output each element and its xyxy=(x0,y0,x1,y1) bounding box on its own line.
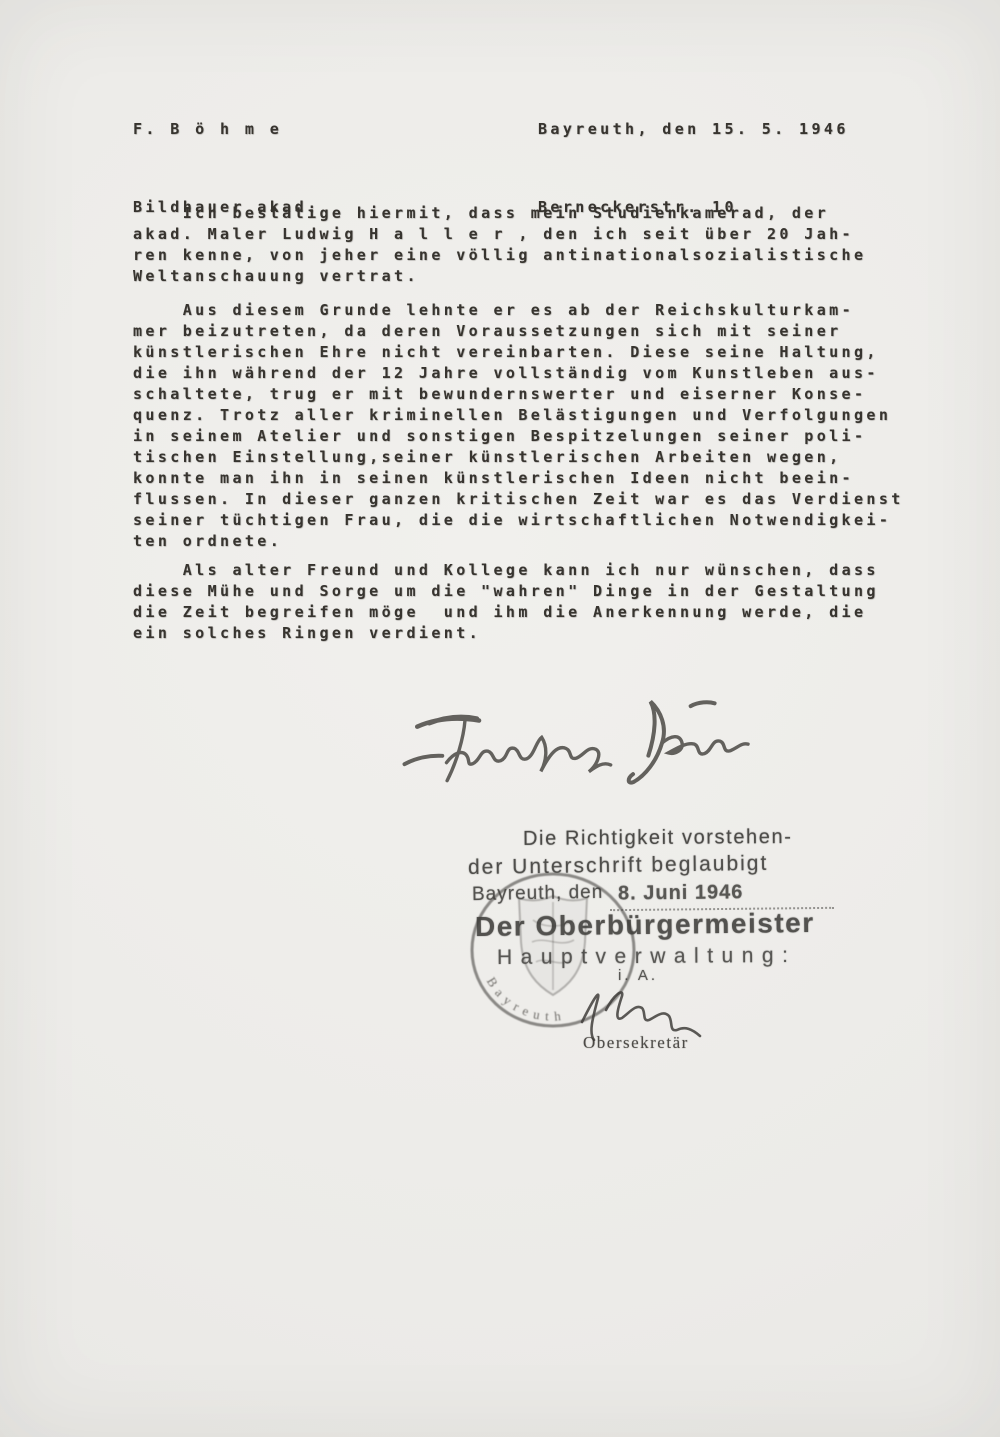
letter-document: F. B ö h m e Bildhauer akad. Bayreuth, d… xyxy=(0,0,1000,1437)
certification-place-prefix: Bayreuth, den xyxy=(472,882,604,906)
letter-paragraph-3: Als alter Freund und Kollege kann ich nu… xyxy=(133,560,933,644)
authority-title: Der Oberbürgermeister xyxy=(475,907,815,943)
certification-date-value: 8. Juni 1946 xyxy=(618,881,744,905)
handwritten-signature xyxy=(400,696,765,796)
official-title: Obersekretär xyxy=(583,1033,689,1053)
sender-name: F. B ö h m e xyxy=(133,116,319,142)
certification-line-1: Die Richtigkeit vorstehen- xyxy=(523,826,793,851)
letter-paragraph-2: Aus diesem Grunde lehnte er es ab der Re… xyxy=(133,300,933,552)
letter-paragraph-1: Ich bestätige hiermit, dass mein Studien… xyxy=(133,203,923,287)
certification-line-2: der Unterschrift beglaubigt xyxy=(468,852,769,880)
dateline-place-date: Bayreuth, den 15. 5. 1946 xyxy=(538,116,849,142)
